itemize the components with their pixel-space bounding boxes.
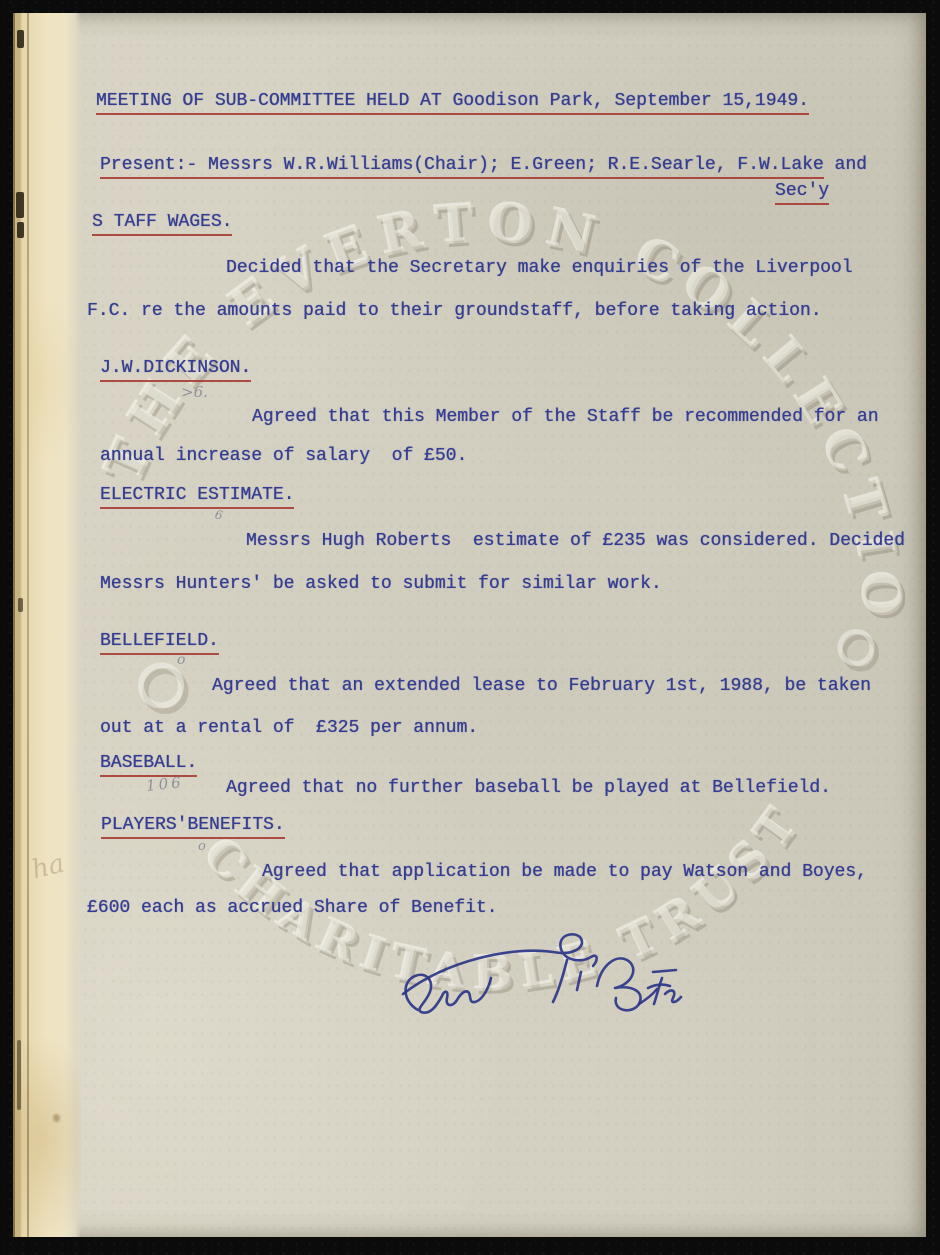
binding-mark bbox=[16, 192, 24, 218]
paragraph-line: Agreed that application be made to pay W… bbox=[262, 862, 867, 882]
binding-mark bbox=[17, 222, 24, 238]
paragraph-line: Agreed that no further baseball be playe… bbox=[226, 778, 831, 798]
section-heading-bellefield: BELLEFIELD. bbox=[100, 631, 219, 651]
paragraph-line: £600 each as accrued Share of Benefit. bbox=[87, 898, 497, 918]
pencil-annotation: o bbox=[198, 839, 206, 854]
paragraph-line: Decided that the Secretary make enquirie… bbox=[226, 258, 853, 278]
pencil-annotation: >6. bbox=[181, 383, 208, 401]
paragraph-line: Messrs Hunters' be asked to submit for s… bbox=[100, 574, 662, 594]
section-heading-dickinson: J.W.DICKINSON. bbox=[100, 358, 251, 378]
secretary-label: Sec'y bbox=[775, 181, 829, 201]
binding-mark bbox=[17, 1040, 21, 1110]
section-heading-staff-wages: S TAFF WAGES. bbox=[92, 212, 232, 232]
scanned-minutes-screenshot: { "meta": { "document_kind": "Typewritte… bbox=[0, 0, 940, 1255]
pencil-annotation: o bbox=[177, 652, 185, 668]
present-tail: and bbox=[824, 155, 867, 175]
section-heading-electric-estimate: ELECTRIC ESTIMATE. bbox=[100, 485, 294, 505]
paragraph-line: out at a rental of £325 per annum. bbox=[100, 718, 478, 738]
section-heading-baseball: BASEBALL. bbox=[100, 753, 197, 773]
paragraph-line: annual increase of salary of £50. bbox=[100, 446, 467, 466]
paragraph-line: Messrs Hugh Roberts estimate of £235 was… bbox=[246, 531, 905, 551]
paragraph-line: Agreed that this Member of the Staff be … bbox=[252, 407, 879, 427]
paper-stain bbox=[53, 1114, 60, 1122]
present-line: Present:- Messrs W.R.Williams(Chair); E.… bbox=[100, 155, 867, 175]
present-names: Present:- Messrs W.R.Williams(Chair); E.… bbox=[100, 155, 824, 179]
binding-mark bbox=[18, 598, 23, 612]
paragraph-line: F.C. re the amounts paid to their ground… bbox=[87, 301, 822, 321]
page-edge-line bbox=[27, 13, 29, 1237]
paragraph-line: Agreed that an extended lease to Februar… bbox=[212, 676, 871, 696]
binding-mark bbox=[17, 30, 24, 48]
section-heading-players-benefits: PLAYERS'BENEFITS. bbox=[101, 815, 285, 835]
meeting-title: MEETING OF SUB-COMMITTEE HELD AT Goodiso… bbox=[96, 91, 809, 111]
meeting-title-text: MEETING OF SUB-COMMITTEE HELD AT Goodiso… bbox=[96, 91, 809, 115]
